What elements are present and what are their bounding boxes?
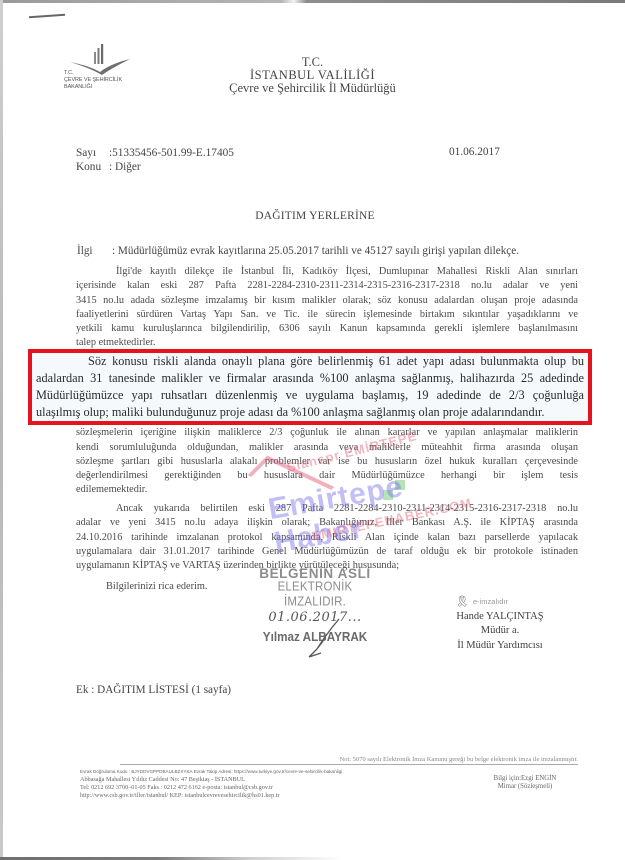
- document-date: 01.06.2017: [449, 146, 500, 158]
- paragraph-line: İlgi'de kayıtlı dilekçe ile İstanbul İli…: [76, 265, 578, 279]
- highlight-line: Söz konusu riskli alanda onaylı plana gö…: [36, 353, 584, 370]
- highlighted-excerpt: Söz konusu riskli alanda onaylı plana gö…: [28, 349, 592, 425]
- sayi-value: :51335456-501.99-E.17405: [109, 146, 234, 160]
- paragraph-line: 3415 no.lu adada sözleşme imzalamış bir …: [76, 294, 578, 308]
- paragraph-line: edilememektedir.: [76, 483, 578, 497]
- ilgi-label: İlgi: [77, 245, 112, 257]
- scan-edge-top: [0, 0, 625, 3]
- footer-phone: Tel: 0212 692 3700–01-05 Faks : 0212 472…: [80, 784, 342, 792]
- paragraph-3: Ancak yukarıda belirtilen eski 287 Pafta…: [76, 502, 578, 573]
- paragraph-line: içerisinde kalan eski 287 Pafta 2281-228…: [76, 279, 578, 293]
- paragraph-text: İlgi'de kayıtlı dilekçe ile İstanbul İli…: [116, 266, 578, 277]
- paragraph-line: sözleşme şartları gibi hususlarla alakal…: [76, 455, 578, 469]
- letterhead: T.C. İSTANBUL VALİLİĞİ Çevre ve Şehircil…: [200, 56, 425, 95]
- paragraph-1: İlgi'de kayıtlı dilekçe ile İstanbul İli…: [76, 265, 578, 351]
- highlight-line: ulaşılmış olup; maliki bulunduğunuz proj…: [36, 404, 584, 421]
- stamp-line2: ELEKTRONİK İMZALIDIR.: [250, 580, 380, 610]
- paragraph-line: adalar ve yeni 3415 no.lu adaya ilişkin …: [76, 516, 578, 530]
- document-meta: Sayı :51335456-501.99-E.17405 Konu : Diğ…: [76, 146, 234, 174]
- paragraph-line: 24.10.2016 tarihinde imzalanan protokol …: [76, 531, 578, 545]
- paragraph-line: değerlendirilmesi gerektiğinden bu husus…: [76, 469, 578, 483]
- konu-value: : Diğer: [109, 160, 141, 174]
- logo-text: T.C. ÇEVRE VE ŞEHİRCİLİK BAKANLIĞI: [64, 70, 122, 91]
- paragraph-line: kendi sorumluluğunda olduğundan, malikle…: [76, 441, 578, 455]
- footer-address: Abbasağa Mahallesi Yıldız Caddesi No: 47…: [80, 776, 342, 784]
- award-ribbon-icon: 🎗: [455, 595, 469, 608]
- paragraph-line: yetkili kamu kuruluşlarınca bilgilendiri…: [76, 322, 578, 336]
- footer-contact: Evrak Doğrulama Kodu : BJYDDVGPPDBAULBZX…: [80, 768, 342, 800]
- logo-text-line: BAKANLIĞI: [64, 84, 122, 91]
- scan-mark: [29, 14, 65, 19]
- ilgi-value: : Müdürlüğümüz evrak kayıtlarına 25.05.2…: [112, 245, 519, 257]
- handwritten-signature-icon: [305, 615, 345, 660]
- ilgi-row: İlgi : Müdürlüğümüz evrak kayıtlarına 25…: [77, 245, 519, 257]
- footer-note: Not: 5070 sayılı Elektronik İmza Kanunu …: [120, 756, 578, 765]
- paragraph-line: Ancak yukarıda belirtilen eski 287 Pafta…: [76, 502, 578, 516]
- footer-info: Bilgi için:Ezgi ENGİN Mimar (Sözleşmeli): [470, 775, 580, 791]
- footer-web-link[interactable]: http://www.csb.gov.tr/iller/istanbul/ KE…: [80, 792, 342, 800]
- attachment-line: Ek : DAĞITIM LİSTESİ (1 sayfa): [76, 684, 231, 696]
- e-signature-label: e-imzalıdır: [473, 597, 508, 606]
- konu-label: Konu: [76, 160, 109, 174]
- paragraph-line: faaliyetlerini sürdüren Vartaş Yapı San.…: [76, 308, 578, 322]
- highlight-line: adalardan 31 tanesinde malikler ve firma…: [36, 370, 584, 387]
- logo-text-line: ÇEVRE VE ŞEHİRCİLİK: [64, 77, 122, 84]
- distribution-title: DAĞITIM YERLERİNE: [60, 210, 570, 222]
- signer-title2: İl Müdür Yardımcısı: [420, 639, 580, 653]
- highlight-line: Müdürlüğümüzce yapı ruhsatları düzenlenm…: [36, 387, 584, 404]
- letterhead-line3: Çevre ve Şehircilik İl Müdürlüğü: [200, 82, 425, 95]
- paragraph-text: Ancak yukarıda belirtilen eski 287 Pafta…: [116, 503, 578, 514]
- verification-code: Evrak Doğrulama Kodu : BJYDDVGPPDBAULBZX…: [80, 768, 342, 776]
- signer-name: Hande YALÇINTAŞ: [420, 610, 580, 624]
- logo-text-line: T.C.: [64, 70, 122, 77]
- scan-edge-left: [0, 0, 3, 860]
- sayi-label: Sayı: [76, 146, 109, 160]
- e-signature-badge: 🎗 e-imzalıdır: [455, 595, 508, 608]
- paragraph-line: uygulamalara dair 31.01.2017 tarihinde G…: [76, 545, 578, 559]
- info-contact: Bilgi için:Ezgi ENGİN: [470, 775, 580, 783]
- info-title: Mimar (Sözleşmeli): [470, 783, 580, 791]
- signer-block: Hande YALÇINTAŞ Müdür a. İl Müdür Yardım…: [420, 610, 580, 653]
- signer-title1: Müdür a.: [420, 624, 580, 638]
- closing-line: Bilgilerinizi rica ederim.: [106, 581, 208, 592]
- paragraph-line: sözleşmelerin içeriğine ilişkin malikler…: [76, 426, 578, 440]
